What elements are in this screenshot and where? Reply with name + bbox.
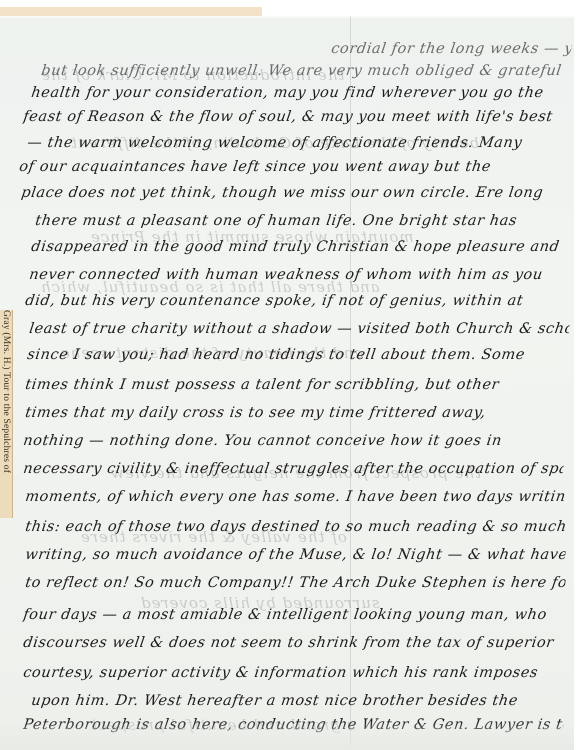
letter-line: nothing — nothing done. You cannot conce… bbox=[22, 432, 565, 450]
letter-line: since I saw you; had heard no tidings to… bbox=[26, 346, 569, 364]
letter-line: courtesy, superior activity & informatio… bbox=[22, 664, 565, 682]
letter-line: — the warm welcoming welcome of affectio… bbox=[26, 134, 569, 152]
letter-line: to reflect on! So much Company!! The Arc… bbox=[24, 574, 567, 592]
fold-highlight bbox=[0, 16, 574, 18]
letter-line: times that my daily cross is to see my t… bbox=[24, 404, 567, 422]
letter-line: place does not yet think, though we miss… bbox=[20, 184, 563, 202]
letter-line: never connected with human weakness of w… bbox=[28, 266, 571, 284]
letter-line: discourses well & does not seem to shrin… bbox=[22, 634, 565, 652]
letter-line: least of true charity without a shadow —… bbox=[28, 320, 571, 338]
letter-line: health for your consideration, may you f… bbox=[30, 84, 573, 102]
letter-line: did, but his very countenance spoke, if … bbox=[24, 292, 567, 310]
letter-line: times think I must possess a talent for … bbox=[24, 376, 567, 394]
catalog-label-strip: Gray (Mrs. H.) Tour to the Sepulchres of bbox=[0, 310, 13, 518]
catalog-label-text: Gray (Mrs. H.) Tour to the Sepulchres of bbox=[1, 310, 11, 473]
page-bottom-shadow bbox=[0, 720, 574, 750]
letter-line: writing, so much avoidance of the Muse, … bbox=[24, 546, 567, 564]
letter-line: there must a pleasant one of human life.… bbox=[34, 212, 577, 230]
letter-page: the introduction to Mr. Clark of the bea… bbox=[0, 16, 578, 750]
letter-line: moments, of which every one has some. I … bbox=[24, 488, 567, 506]
letter-line: but look sufficiently unwell. We are ver… bbox=[40, 62, 578, 80]
letter-line: feast of Reason & the flow of soul, & ma… bbox=[22, 108, 565, 126]
letter-line: of our acquaintances have left since you… bbox=[18, 158, 561, 176]
letter-line: this: each of those two days destined to… bbox=[24, 518, 567, 536]
letter-line: necessary civility & ineffectual struggl… bbox=[22, 460, 565, 478]
letter-line: cordial for the long weeks — you come ho… bbox=[330, 40, 573, 58]
letter-line: disappeared in the good mind truly Chris… bbox=[30, 238, 573, 256]
letter-line: four days — a most amiable & intelligent… bbox=[22, 606, 565, 624]
letter-line: upon him. Dr. West hereafter a most nice… bbox=[30, 692, 573, 710]
